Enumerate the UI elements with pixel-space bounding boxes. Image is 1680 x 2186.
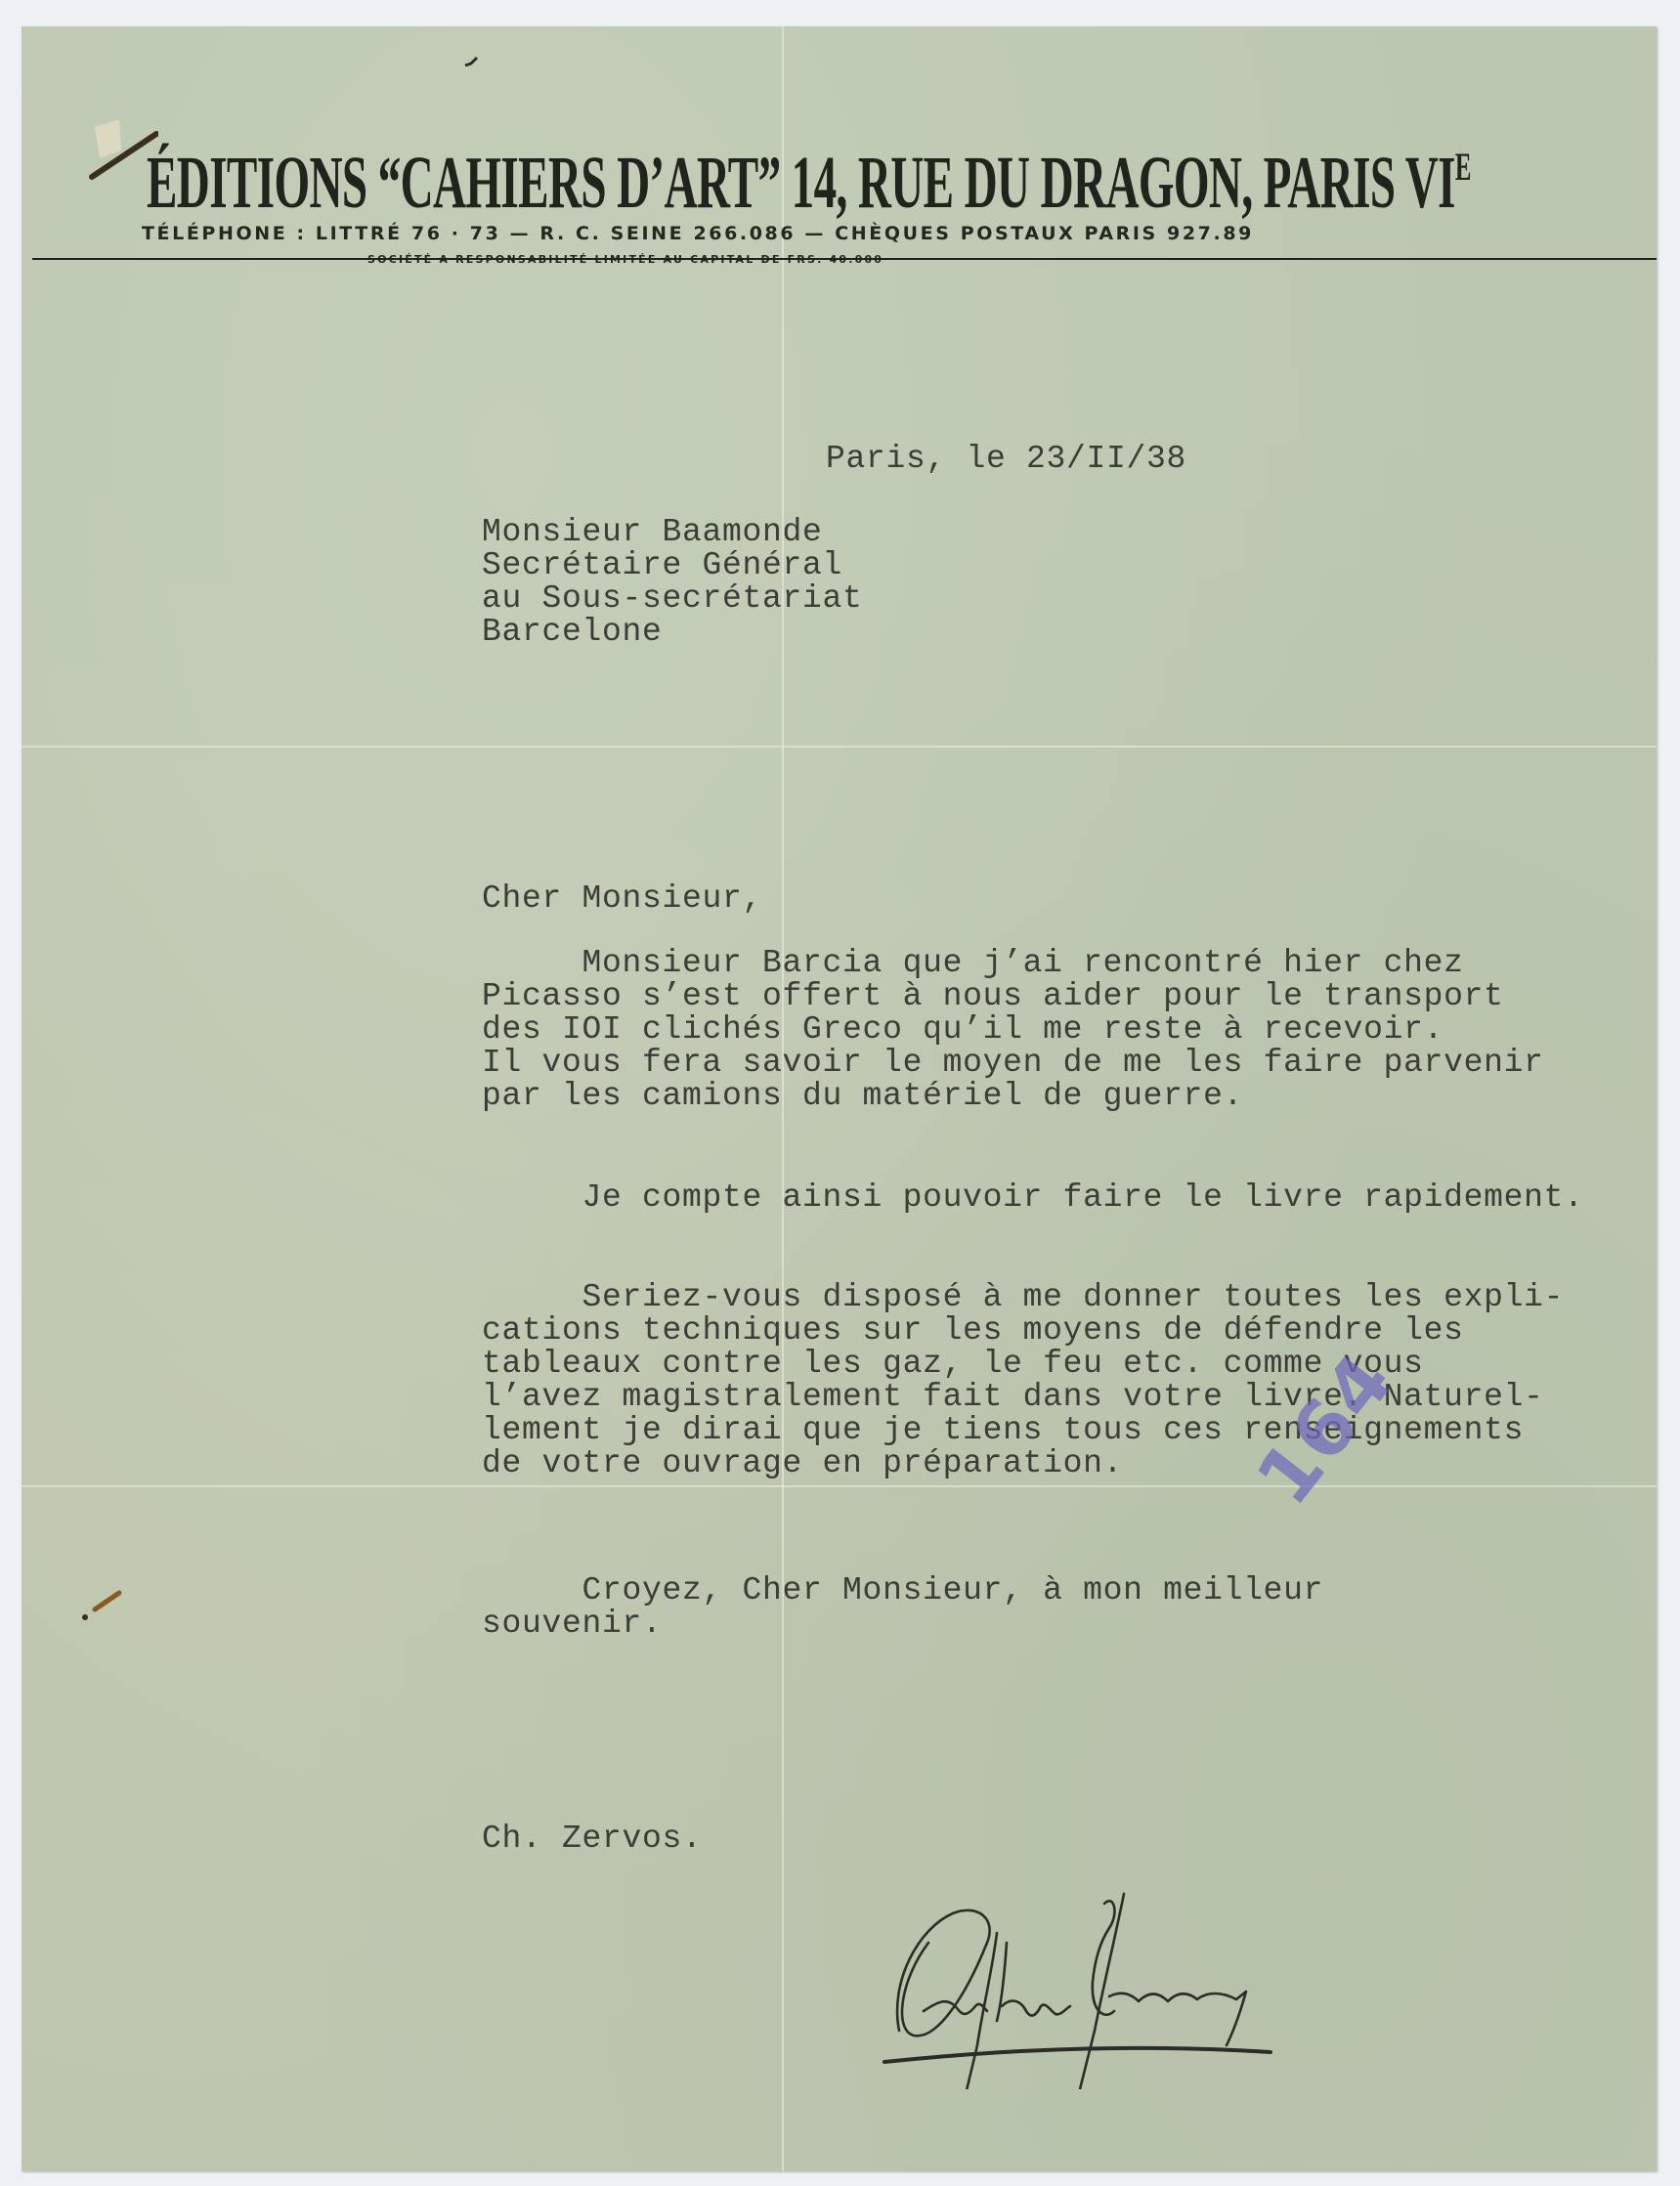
recipient-line: Barcelone	[482, 616, 663, 649]
rust-mark-icon	[61, 100, 158, 188]
recipient-line: au Sous-secrétariat	[482, 582, 863, 616]
body-line: par les camions du matériel de guerre.	[482, 1080, 1243, 1113]
body-line: Monsieur Barcia que j’ai rencontré hier …	[482, 947, 1464, 980]
letter-page: ÉDITIONS “CAHIERS D’ART” 14, RUE DU DRAG…	[22, 26, 1657, 2171]
recipient-line: Secrétaire Général	[482, 549, 842, 582]
typed-signature: Ch. Zervos.	[482, 1822, 703, 1856]
body-line: Je compte ainsi pouvoir faire le livre r…	[482, 1181, 1584, 1215]
rust-mark-icon	[75, 1585, 134, 1624]
closing-line: Croyez, Cher Monsieur, à mon meilleur	[482, 1574, 1323, 1607]
handwritten-signature	[860, 1835, 1407, 2089]
salutation: Cher Monsieur,	[482, 882, 762, 916]
body-line: tableaux contre les gaz, le feu etc. com…	[482, 1348, 1424, 1381]
fold-line	[22, 746, 1657, 748]
body-line: des IOI clichés Greco qu’il me reste à r…	[482, 1013, 1443, 1047]
letterhead-contact-line: TÉLÉPHONE : LITTRÉ 76 · 73 — R. C. SEINE…	[142, 223, 1254, 244]
ink-speck-icon	[461, 54, 481, 73]
fold-line	[22, 1485, 1657, 1487]
body-line: Il vous fera savoir le moyen de me les f…	[482, 1047, 1544, 1080]
recipient-line: Monsieur Baamonde	[482, 516, 823, 549]
letterhead-title: ÉDITIONS “CAHIERS D’ART” 14, RUE DU DRAG…	[147, 128, 1471, 222]
body-line: Seriez-vous disposé à me donner toutes l…	[482, 1281, 1564, 1314]
body-line: cations techniques sur les moyens de déf…	[482, 1314, 1464, 1348]
closing-line: souvenir.	[482, 1607, 663, 1641]
letter-date: Paris, le 23/II/38	[826, 443, 1186, 476]
letterhead-rule	[32, 258, 1657, 260]
body-line: Picasso s’est offert à nous aider pour l…	[482, 980, 1504, 1013]
body-line: de votre ouvrage en préparation.	[482, 1447, 1123, 1480]
